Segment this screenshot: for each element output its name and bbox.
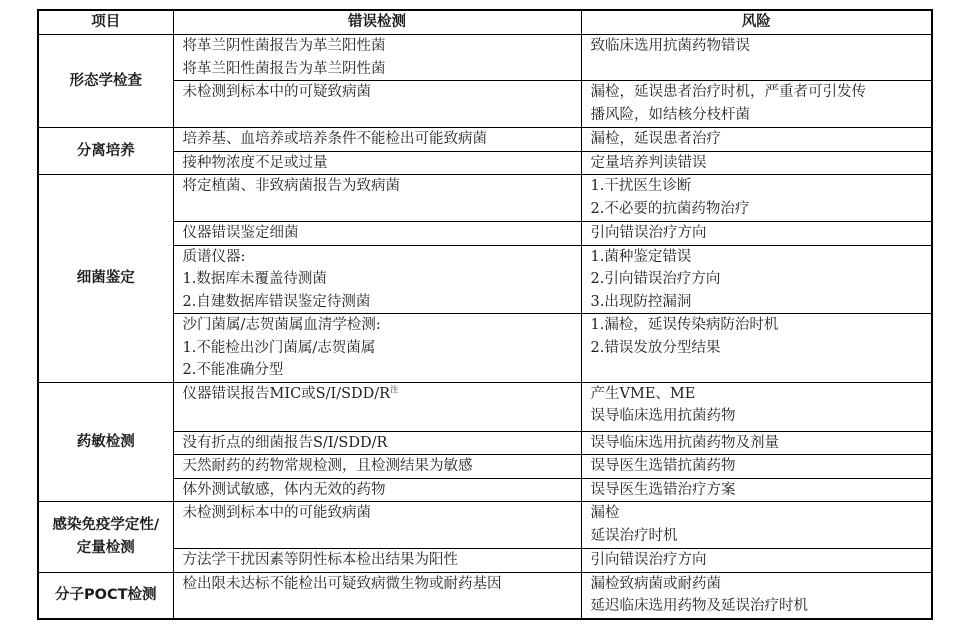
detection-line: 将革兰阴性菌报告为革兰阳性菌 — [183, 35, 572, 58]
risk-cell: 漏检，延误患者治疗 — [581, 128, 932, 152]
detection-text: 仪器错误报告MIC或S/I/SDD/R — [183, 386, 391, 402]
detection-line: 1.不能检出沙门菌属/志贺菌属 — [183, 337, 572, 360]
detection-text: 将革兰阴性菌报告为革兰阳性菌 — [183, 38, 386, 54]
category-cell: 感染免疫学定性/定量检测 — [38, 502, 173, 573]
detection-line: 体外测试敏感，体内无效的药物 — [183, 479, 572, 502]
risk-cell: 漏检，延误患者治疗时机，严重者可引发传播风险，如结核分枝杆菌 — [581, 81, 932, 128]
table-row: 药敏检测仪器错误报告MIC或S/I/SDD/R注产生VME、ME误导临床选用抗菌… — [38, 382, 932, 431]
detection-line: 仪器错误报告MIC或S/I/SDD/R注 — [183, 383, 572, 406]
table-row: 仪器错误鉴定细菌引向错误治疗方向 — [38, 222, 932, 246]
detection-line: 1.数据库未覆盖待测菌 — [183, 268, 572, 291]
table-row: 方法学干扰因素等阴性标本检出结果为阳性引向错误治疗方向 — [38, 549, 932, 573]
category-cell: 分离培养 — [38, 128, 173, 175]
detection-text: 1.不能检出沙门菌属/志贺菌属 — [183, 340, 376, 356]
risk-line: 误导医生选错治疗方案 — [591, 479, 923, 502]
risk-line: 3.出现防控漏洞 — [591, 291, 923, 314]
risk-line: 产生VME、ME — [591, 383, 923, 406]
risk-cell: 1.漏检，延误传染病防治时机2.错误发放分型结果 — [581, 314, 932, 383]
error-detection-cell: 未检测到标本中的可能致病菌 — [173, 502, 581, 549]
category-cell: 药敏检测 — [38, 382, 173, 502]
risk-cell: 1.干扰医生诊断2.不必要的抗菌药物治疗 — [581, 175, 932, 222]
detection-text: 天然耐药的药物常规检测，且检测结果为敏感 — [183, 458, 473, 474]
detection-line: 仪器错误鉴定细菌 — [183, 222, 572, 245]
detection-line: 没有折点的细菌报告S/I/SDD/R — [183, 432, 572, 455]
table-row: 细菌鉴定将定植菌、非致病菌报告为致病菌1.干扰医生诊断2.不必要的抗菌药物治疗 — [38, 175, 932, 222]
table-row: 接种物浓度不足或过量定量培养判读错误 — [38, 151, 932, 175]
risk-line: 漏检 — [591, 502, 923, 525]
risk-line: 2.引向错误治疗方向 — [591, 268, 923, 291]
detection-line: 方法学干扰因素等阴性标本检出结果为阳性 — [183, 549, 572, 572]
detection-line: 沙门菌属/志贺菌属血清学检测: — [183, 314, 572, 337]
risk-cell: 引向错误治疗方向 — [581, 222, 932, 246]
category-label: 分子POCT检测 — [41, 584, 171, 607]
header-row: 项目 错误检测 风险 — [38, 10, 932, 35]
risk-cell: 定量培养判读错误 — [581, 151, 932, 175]
risk-cell: 引向错误治疗方向 — [581, 549, 932, 573]
detection-text: 未检测到标本中的可疑致病菌 — [183, 84, 372, 100]
detection-line: 培养基、血培养或培养条件不能检出可能致病菌 — [183, 128, 572, 151]
risk-line: 误导临床选用抗菌药物 — [591, 405, 923, 428]
footnote-marker: 注 — [390, 385, 398, 394]
error-detection-cell: 接种物浓度不足或过量 — [173, 151, 581, 175]
detection-text: 仪器错误鉴定细菌 — [183, 225, 299, 241]
risk-cell: 致临床选用抗菌药物错误 — [581, 35, 932, 81]
table-row: 体外测试敏感，体内无效的药物误导医生选错治疗方案 — [38, 478, 932, 502]
category-label: 形态学检查 — [41, 70, 171, 93]
error-detection-cell: 将革兰阴性菌报告为革兰阳性菌将革兰阳性菌报告为革兰阴性菌 — [173, 35, 581, 81]
header-risk: 风险 — [581, 10, 932, 35]
risk-line: 误导临床选用抗菌药物及剂量 — [591, 432, 923, 455]
detection-line: 未检测到标本中的可能致病菌 — [183, 502, 572, 525]
risk-line: 2.不必要的抗菌药物治疗 — [591, 198, 923, 221]
risk-line: 漏检，延误患者治疗 — [591, 128, 923, 151]
detection-line: 未检测到标本中的可疑致病菌 — [183, 81, 572, 104]
detection-line: 2.自建数据库错误鉴定待测菌 — [183, 291, 572, 314]
table-row: 感染免疫学定性/定量检测未检测到标本中的可能致病菌漏检延误治疗时机 — [38, 502, 932, 549]
risk-line: 漏检致病菌或耐药菌 — [591, 573, 923, 596]
detection-text: 培养基、血培养或培养条件不能检出可能致病菌 — [183, 131, 488, 147]
detection-line: 质谱仪器: — [183, 246, 572, 269]
risk-line: 播风险，如结核分枝杆菌 — [591, 104, 923, 127]
risk-line: 漏检，延误患者治疗时机，严重者可引发传 — [591, 81, 923, 104]
detection-line: 将定植菌、非致病菌报告为致病菌 — [183, 175, 572, 198]
table-row: 分离培养培养基、血培养或培养条件不能检出可能致病菌漏检，延误患者治疗 — [38, 128, 932, 152]
category-cell: 细菌鉴定 — [38, 175, 173, 383]
risk-cell: 漏检致病菌或耐药菌延迟临床选用药物及延误治疗时机 — [581, 572, 932, 619]
table-row: 天然耐药的药物常规检测，且检测结果为敏感误导医生选错抗菌药物 — [38, 455, 932, 479]
risk-line: 1.干扰医生诊断 — [591, 175, 923, 198]
error-risk-table: 项目 错误检测 风险 形态学检查将革兰阴性菌报告为革兰阳性菌将革兰阳性菌报告为革… — [37, 9, 933, 620]
risk-line: 定量培养判读错误 — [591, 152, 923, 175]
detection-line: 将革兰阳性菌报告为革兰阴性菌 — [183, 58, 572, 81]
risk-line: 2.错误发放分型结果 — [591, 337, 923, 360]
header-error-detection: 错误检测 — [173, 10, 581, 35]
detection-text: 质谱仪器: — [183, 249, 246, 265]
risk-line: 延误治疗时机 — [591, 525, 923, 548]
table-row: 分子POCT检测检出限未达标不能检出可疑致病微生物或耐药基因漏检致病菌或耐药菌延… — [38, 572, 932, 619]
error-detection-cell: 体外测试敏感，体内无效的药物 — [173, 478, 581, 502]
detection-text: 未检测到标本中的可能致病菌 — [183, 505, 372, 521]
detection-text: 接种物浓度不足或过量 — [183, 155, 328, 171]
risk-cell: 漏检延误治疗时机 — [581, 502, 932, 549]
detection-line: 检出限未达标不能检出可疑致病微生物或耐药基因 — [183, 573, 572, 596]
table-row: 沙门菌属/志贺菌属血清学检测:1.不能检出沙门菌属/志贺菌属2.不能准确分型1.… — [38, 314, 932, 383]
table-row: 形态学检查将革兰阴性菌报告为革兰阳性菌将革兰阳性菌报告为革兰阴性菌致临床选用抗菌… — [38, 35, 932, 81]
error-detection-cell: 仪器错误鉴定细菌 — [173, 222, 581, 246]
detection-text: 方法学干扰因素等阴性标本检出结果为阳性 — [183, 552, 459, 568]
error-detection-cell: 天然耐药的药物常规检测，且检测结果为敏感 — [173, 455, 581, 479]
table-body: 形态学检查将革兰阴性菌报告为革兰阳性菌将革兰阳性菌报告为革兰阴性菌致临床选用抗菌… — [38, 35, 932, 619]
error-detection-cell: 未检测到标本中的可疑致病菌 — [173, 81, 581, 128]
error-detection-cell: 检出限未达标不能检出可疑致病微生物或耐药基因 — [173, 572, 581, 619]
risk-line: 致临床选用抗菌药物错误 — [591, 35, 923, 58]
detection-line: 2.不能准确分型 — [183, 359, 572, 382]
error-detection-cell: 方法学干扰因素等阴性标本检出结果为阳性 — [173, 549, 581, 573]
detection-text: 将定植菌、非致病菌报告为致病菌 — [183, 178, 401, 194]
error-detection-cell: 培养基、血培养或培养条件不能检出可能致病菌 — [173, 128, 581, 152]
detection-line: 天然耐药的药物常规检测，且检测结果为敏感 — [183, 455, 572, 478]
risk-line: 1.菌种鉴定错误 — [591, 246, 923, 269]
risk-cell: 误导医生选错治疗方案 — [581, 478, 932, 502]
category-label: 定量检测 — [41, 537, 171, 560]
detection-text: 沙门菌属/志贺菌属血清学检测: — [183, 317, 381, 333]
header-item: 项目 — [38, 10, 173, 35]
risk-cell: 误导医生选错抗菌药物 — [581, 455, 932, 479]
category-cell: 形态学检查 — [38, 35, 173, 128]
error-detection-cell: 质谱仪器:1.数据库未覆盖待测菌2.自建数据库错误鉴定待测菌 — [173, 245, 581, 314]
category-label: 药敏检测 — [41, 431, 171, 454]
detection-text: 2.自建数据库错误鉴定待测菌 — [183, 294, 371, 310]
risk-cell: 产生VME、ME误导临床选用抗菌药物 — [581, 382, 932, 431]
detection-text: 检出限未达标不能检出可疑致病微生物或耐药基因 — [183, 576, 502, 592]
risk-line: 引向错误治疗方向 — [591, 222, 923, 245]
category-label: 分离培养 — [41, 140, 171, 163]
detection-line: 接种物浓度不足或过量 — [183, 152, 572, 175]
detection-text: 没有折点的细菌报告S/I/SDD/R — [183, 435, 388, 451]
risk-line: 1.漏检，延误传染病防治时机 — [591, 314, 923, 337]
error-detection-cell: 仪器错误报告MIC或S/I/SDD/R注 — [173, 382, 581, 431]
risk-cell: 误导临床选用抗菌药物及剂量 — [581, 431, 932, 455]
table-row: 质谱仪器:1.数据库未覆盖待测菌2.自建数据库错误鉴定待测菌1.菌种鉴定错误2.… — [38, 245, 932, 314]
error-detection-cell: 将定植菌、非致病菌报告为致病菌 — [173, 175, 581, 222]
detection-text: 1.数据库未覆盖待测菌 — [183, 271, 327, 287]
error-detection-cell: 沙门菌属/志贺菌属血清学检测:1.不能检出沙门菌属/志贺菌属2.不能准确分型 — [173, 314, 581, 383]
table-row: 未检测到标本中的可疑致病菌漏检，延误患者治疗时机，严重者可引发传播风险，如结核分… — [38, 81, 932, 128]
table-row: 没有折点的细菌报告S/I/SDD/R误导临床选用抗菌药物及剂量 — [38, 431, 932, 455]
risk-line: 误导医生选错抗菌药物 — [591, 455, 923, 478]
detection-text: 体外测试敏感，体内无效的药物 — [183, 482, 386, 498]
risk-line: 引向错误治疗方向 — [591, 549, 923, 572]
category-cell: 分子POCT检测 — [38, 572, 173, 619]
risk-line: 延迟临床选用药物及延误治疗时机 — [591, 595, 923, 618]
risk-cell: 1.菌种鉴定错误2.引向错误治疗方向3.出现防控漏洞 — [581, 245, 932, 314]
detection-text: 将革兰阳性菌报告为革兰阴性菌 — [183, 61, 386, 77]
category-label: 感染免疫学定性/ — [41, 514, 171, 537]
category-label: 细菌鉴定 — [41, 267, 171, 290]
error-detection-cell: 没有折点的细菌报告S/I/SDD/R — [173, 431, 581, 455]
detection-text: 2.不能准确分型 — [183, 362, 284, 378]
